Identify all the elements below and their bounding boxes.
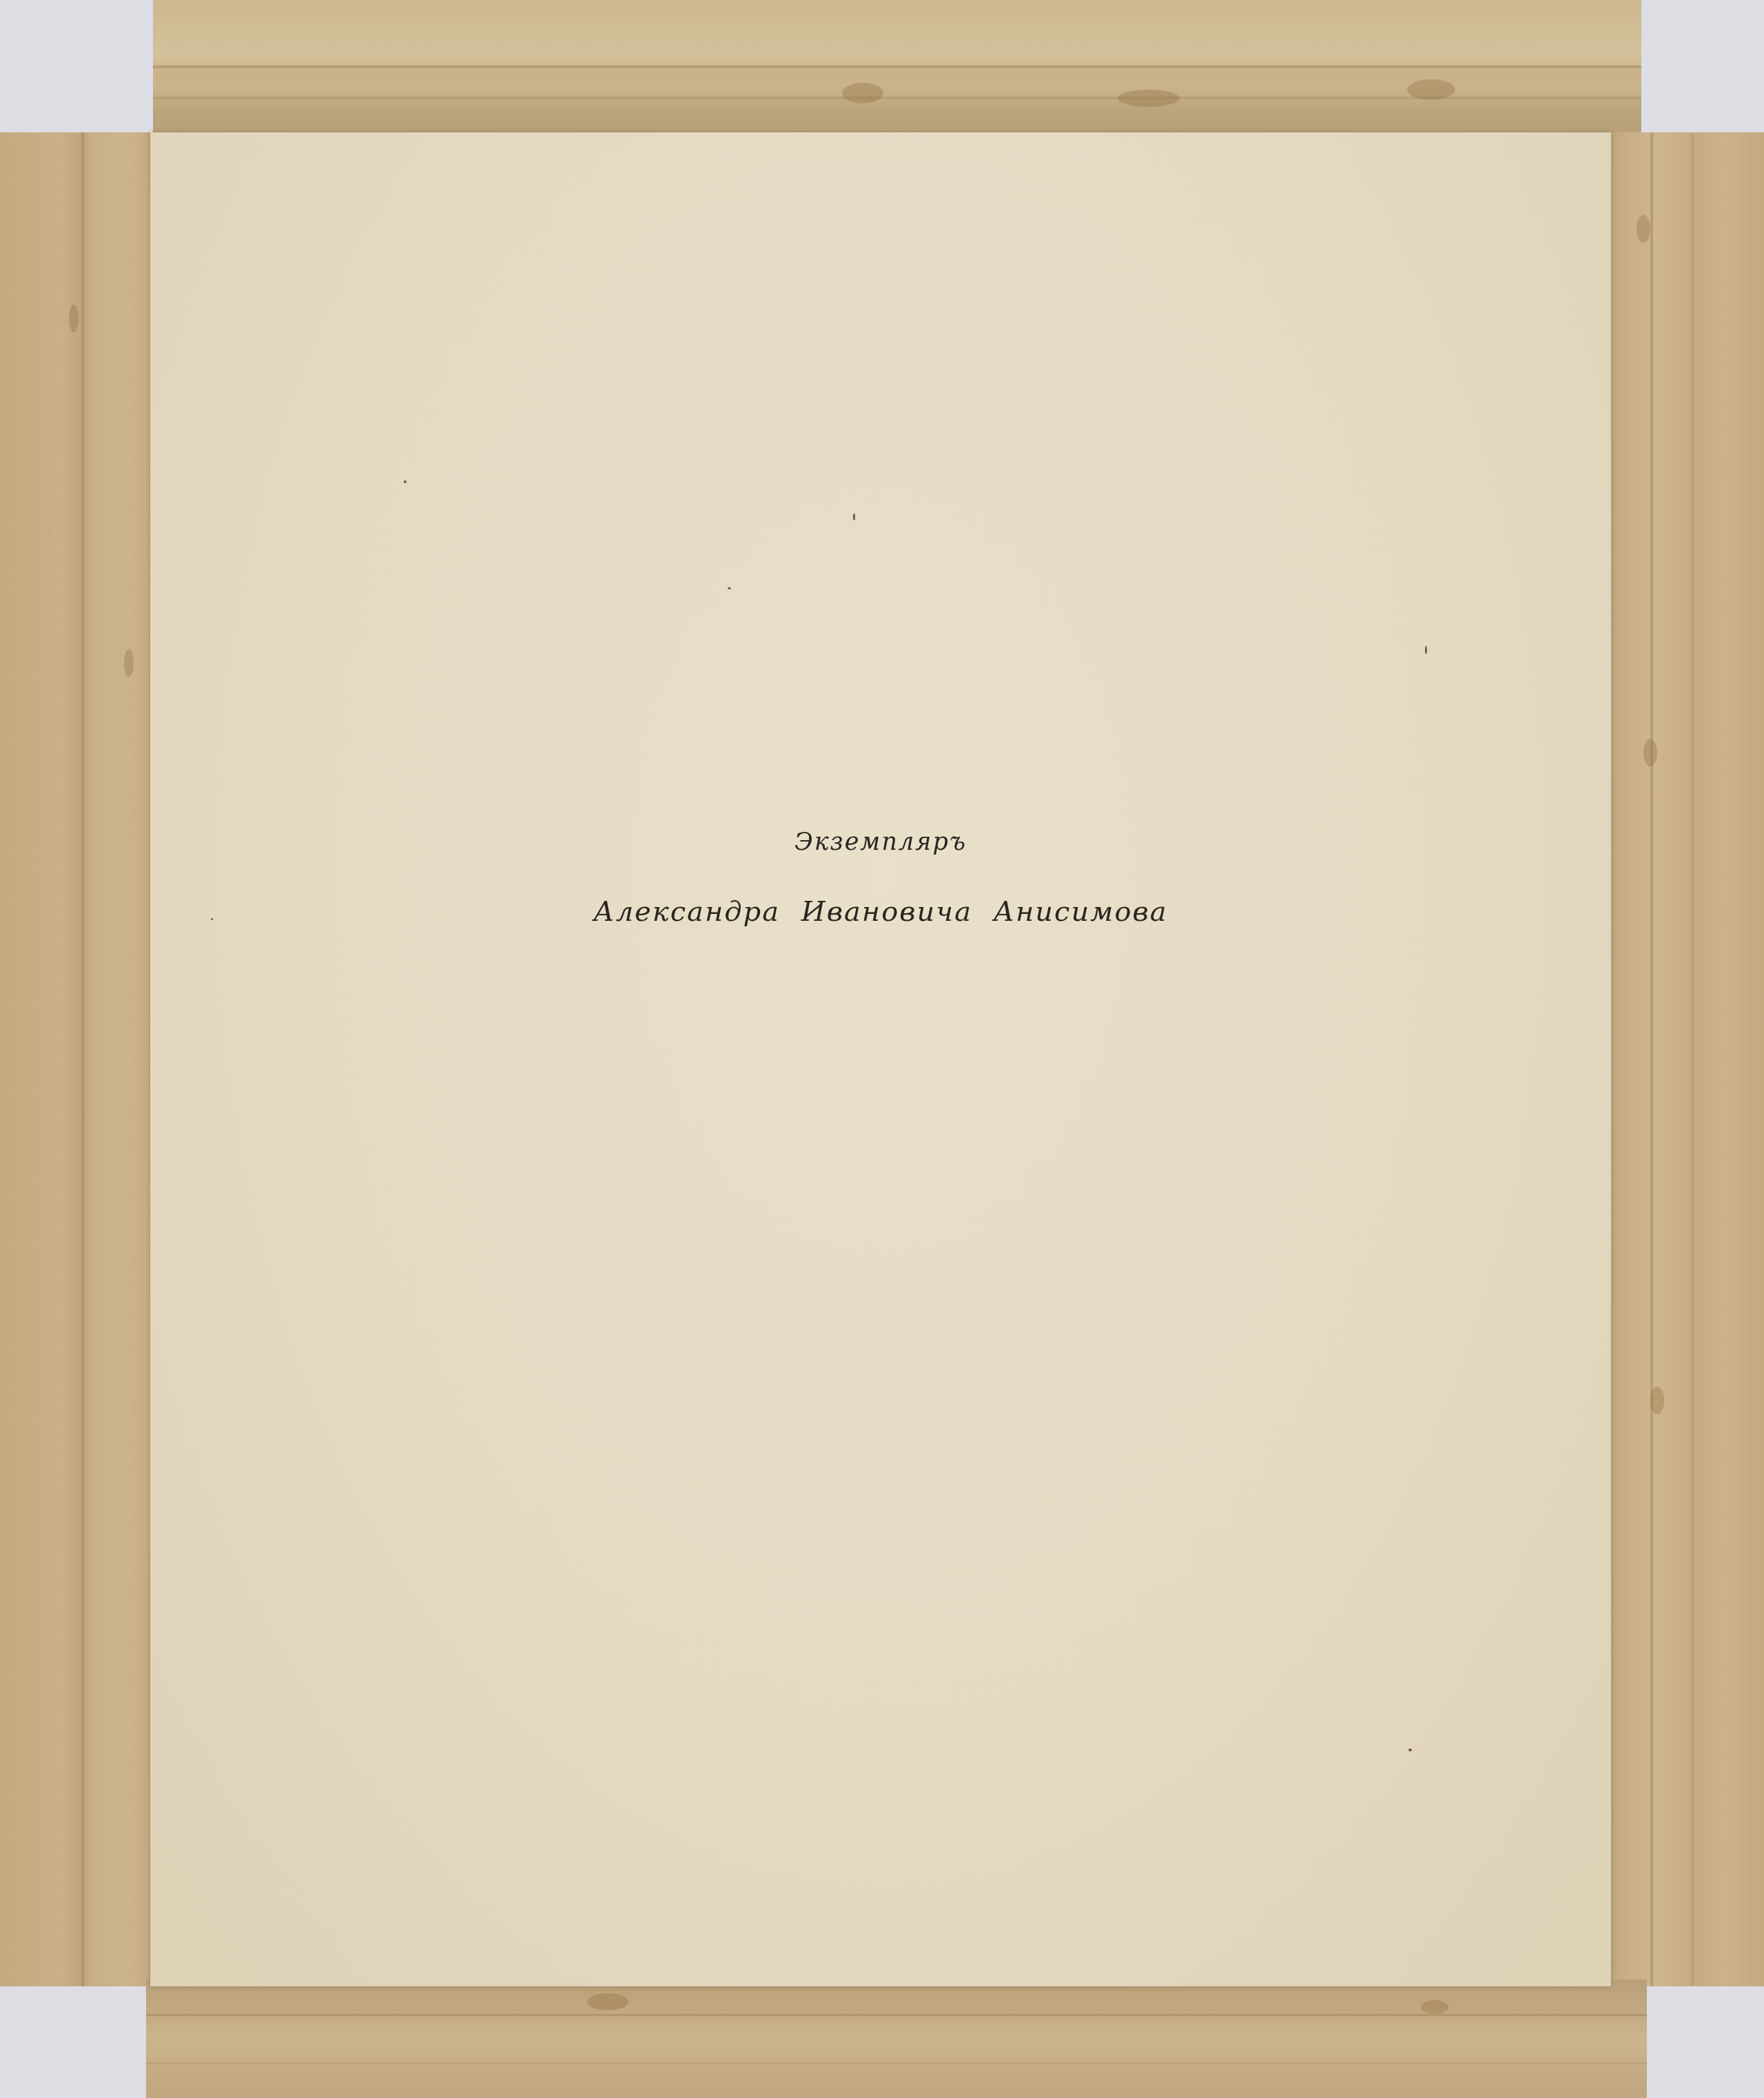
paper-speck <box>1425 646 1427 654</box>
paper-speck <box>211 918 213 920</box>
inscription-line-2: Александра Ивановича Анисимова <box>150 896 1611 928</box>
folder-top-flap <box>153 0 1641 138</box>
folder-bottom-flap <box>146 1979 1647 2098</box>
paper-speck <box>853 513 855 520</box>
inscription-line-1: Экземпляръ <box>150 828 1611 856</box>
paper-speck <box>404 480 407 483</box>
paper-speck <box>728 587 731 589</box>
folder-right-flap <box>1609 132 1764 1986</box>
paper-speck <box>1408 1749 1412 1751</box>
folder-left-flap <box>0 132 153 1986</box>
paper-sheet: Экземпляръ Александра Ивановича Анисимов… <box>150 132 1611 1986</box>
